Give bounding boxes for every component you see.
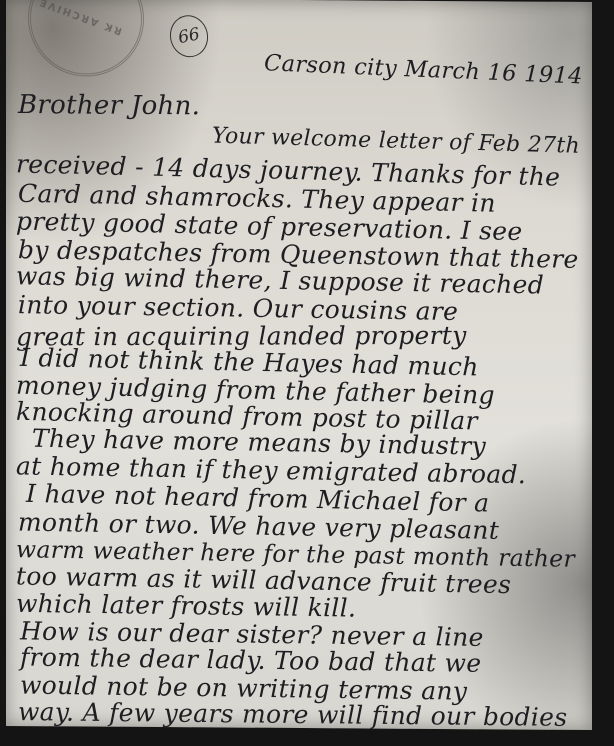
page-number: 66 bbox=[166, 12, 212, 61]
letter-page: RK ARCHIVE 66 Carson city March 16 1914 … bbox=[6, 0, 592, 730]
photograph-background: RK ARCHIVE 66 Carson city March 16 1914 … bbox=[0, 0, 614, 746]
letter-line: way. A few years more will find our bodi… bbox=[18, 697, 567, 732]
salutation: Brother John. bbox=[18, 90, 200, 121]
letter-line: Your welcome letter of Feb 27th bbox=[212, 124, 580, 159]
dateline: Carson city March 16 1914 bbox=[264, 50, 584, 89]
